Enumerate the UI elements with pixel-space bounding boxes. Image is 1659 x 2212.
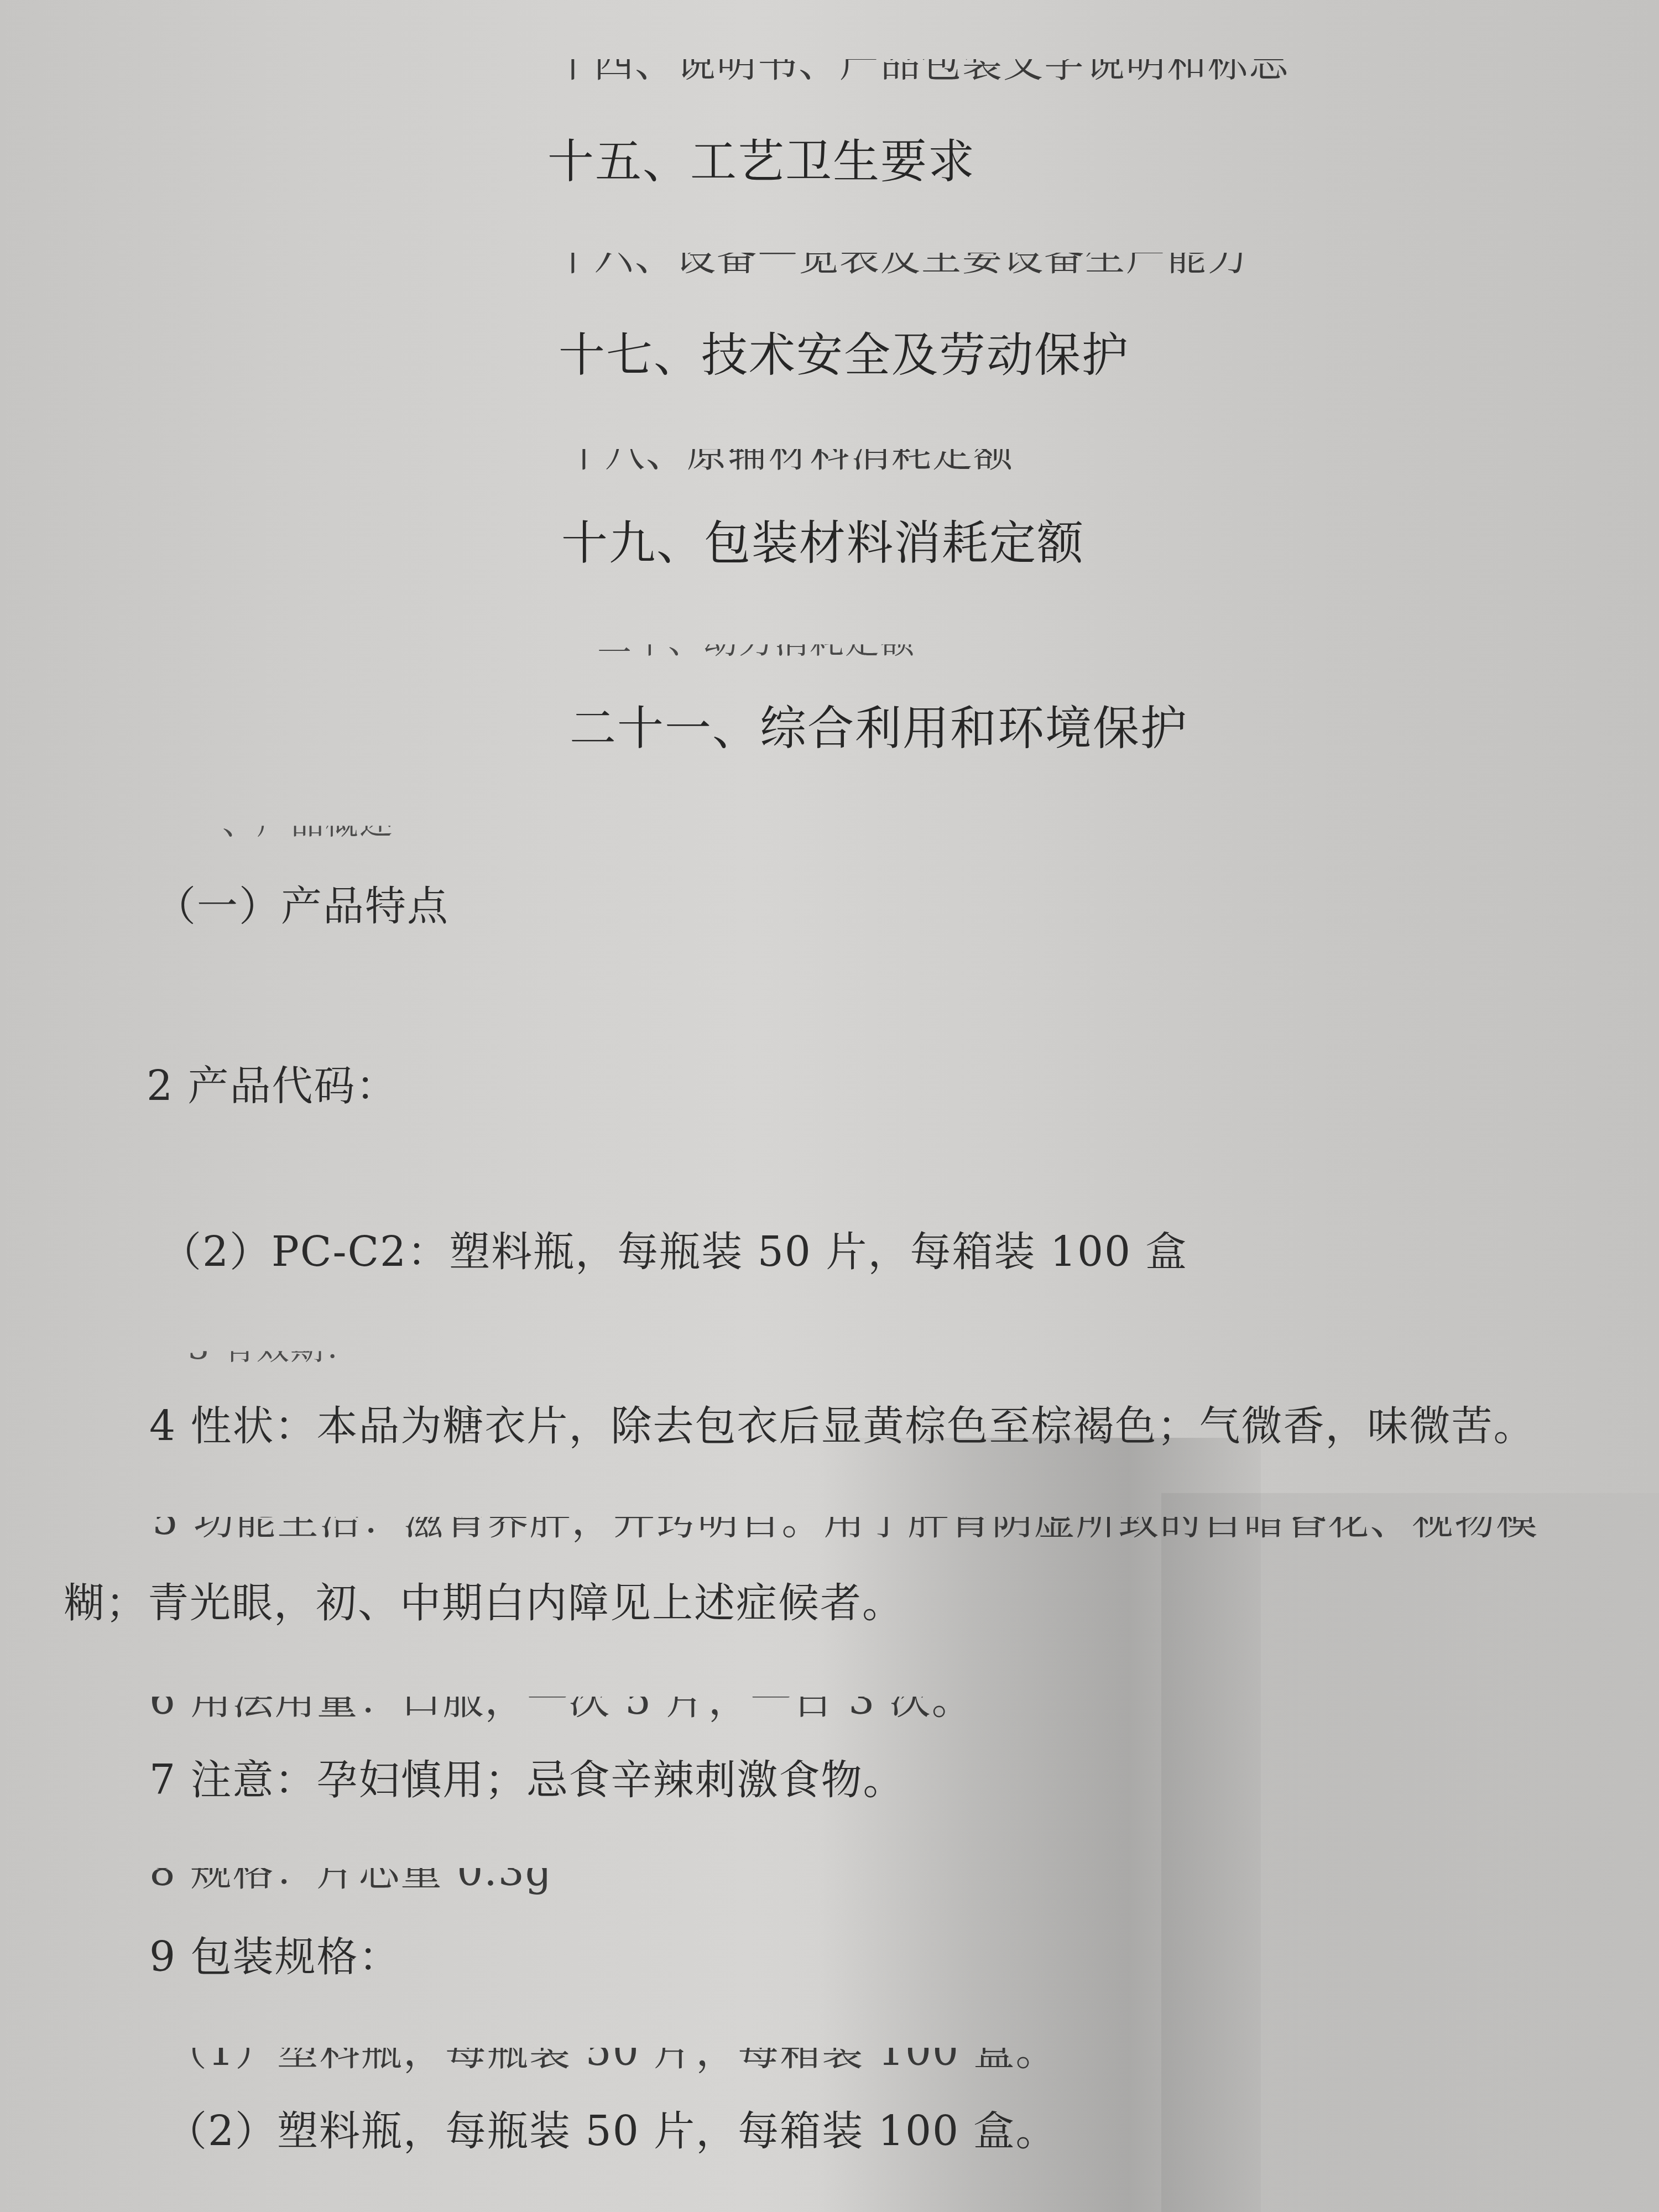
- item-properties: 4 性状：本品为糖衣片，除去包衣后显黄棕色至棕褐色；气微香，味微苦。: [149, 1394, 1536, 1452]
- toc-heading-17: 十七、技术安全及劳动保护: [559, 318, 1129, 385]
- photo-shadow-secondary: [1161, 1493, 1659, 2212]
- section-title: 一、产品概述: [188, 796, 394, 844]
- item-function-partial: 5 功能主治：滋肾养肝，开窍明目。用于肝肾阴虚所致的目暗昏花、视物模: [152, 1488, 1538, 1546]
- toc-heading-14: 十四、说明书、产品包装文字说明和标志: [553, 30, 1290, 88]
- item-packaging-1-partial: （1）塑料瓶，每瓶装 50 片，每箱装 100 盒。: [166, 2018, 1058, 2077]
- item-packaging-2: （2）塑料瓶，每瓶装 50 片，每箱装 100 盒。: [166, 2099, 1058, 2157]
- item-packaging-label: 9 包装规格：: [149, 1924, 401, 1983]
- toc-heading-20: 二十、动力消耗定额: [597, 614, 916, 663]
- toc-heading-19: 十九、包装材料消耗定额: [561, 506, 1084, 573]
- item-caution: 7 注意：孕妇慎用；忌食辛辣刺激食物。: [149, 1747, 905, 1806]
- subsection-title: （一）产品特点: [155, 874, 449, 932]
- toc-heading-15: 十五、工艺卫生要求: [547, 124, 975, 191]
- item-spec-partial: 8 规格：片芯重 0.3g: [149, 1839, 552, 1897]
- item-3-partial: 3 有效期：: [188, 1322, 359, 1369]
- toc-heading-18: 十八、原辅材料消耗定额: [564, 420, 1014, 478]
- toc-heading-21: 二十一、综合利用和环境保护: [570, 691, 1188, 758]
- item-product-code: 2 产品代码：: [147, 1053, 398, 1112]
- photo-shadow: [818, 1438, 1261, 2212]
- toc-heading-16: 十六、设备一览表及主要设备生产能力: [553, 224, 1249, 281]
- item-function-continued: 糊；青光眼，初、中期白内障见上述症候者。: [64, 1571, 904, 1629]
- item-product-code-2: （2）PC-C2：塑料瓶，每瓶装 50 片，每箱装 100 盒: [160, 1219, 1188, 1278]
- item-usage-partial: 6 用法用量：口服，一次 5 片，一日 3 次。: [149, 1667, 974, 1726]
